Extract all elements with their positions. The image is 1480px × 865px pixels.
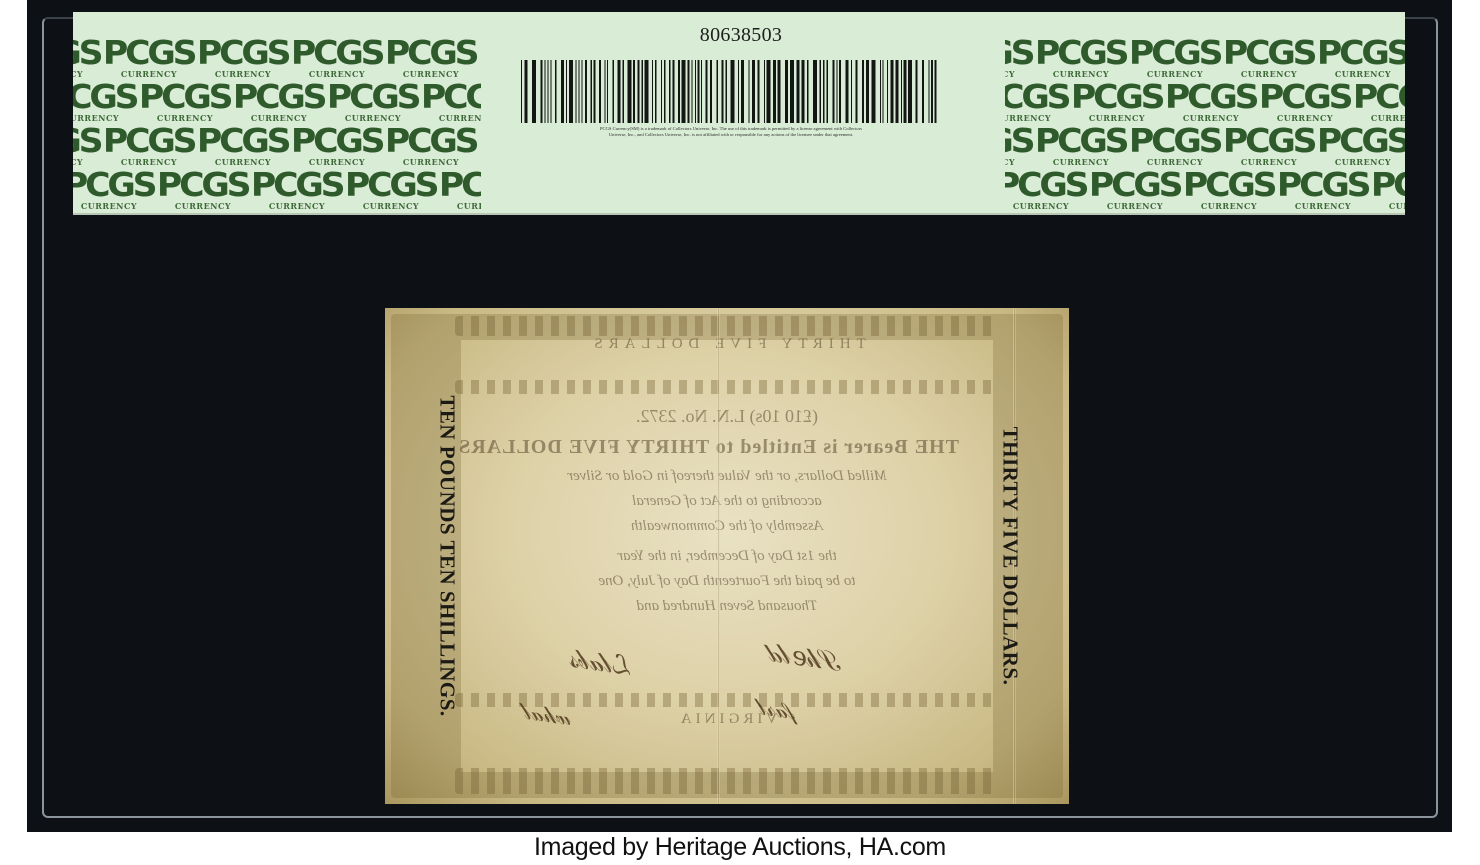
showthrough-text: THIRTY FIVE DOLLARS [495, 336, 959, 353]
pcgs-logo-icon: PCGSCURRENCY [1377, 168, 1405, 211]
logo-row: PCGSCURRENCYPCGSCURRENCYPCGSCURRENCYPCGS… [1005, 80, 1405, 123]
pcgs-logo-icon: PCGSCURRENCY [1171, 80, 1251, 123]
showthrough-text: Milled Dollars, or the Value thereof in … [495, 468, 959, 485]
logo-row: PCGSCURRENCYPCGSCURRENCYPCGSCURRENCYPCGS… [1005, 124, 1405, 167]
pcgs-logo-icon: PCGSCURRENCY [163, 168, 243, 211]
pcgs-logo-icon: PCGSCURRENCY [73, 36, 95, 79]
pcgs-logo-icon: PCGSCURRENCY [351, 168, 431, 211]
certification-number: 80638503 [521, 24, 961, 47]
trademark-fine-print: PCGS Currency(SM) is a trademark of Coll… [521, 126, 941, 138]
pcgs-logo-icon: PCGSCURRENCY [1229, 124, 1309, 167]
fine-print-line: Universe, Inc., and Collectors Universe,… [521, 132, 941, 138]
showthrough-text: the 1st Day of December, in the Year [495, 548, 959, 565]
logo-row: PCGSCURRENCYPCGSCURRENCYPCGSCURRENCYPCGS… [73, 36, 481, 79]
pcgs-logo-icon: PCGSCURRENCY [109, 124, 189, 167]
pcgs-logo-icon: PCGSCURRENCY [333, 80, 413, 123]
pcgs-logo-icon: PCGSCURRENCY [73, 168, 149, 211]
barcode-icon [521, 60, 937, 123]
pcgs-logo-icon: PCGSCURRENCY [203, 36, 283, 79]
pcgs-logo-icon: PCGSCURRENCY [109, 36, 189, 79]
pcgs-logo-icon: PCGSCURRENCY [145, 80, 225, 123]
denomination-dollars-vertical: THIRTY FIVE DOLLARS. [998, 427, 1023, 686]
pcgs-logo-icon: PCGSCURRENCY [391, 124, 471, 167]
pcgs-logo-icon: PCGSCURRENCY [1005, 124, 1027, 167]
pcgs-logo-icon: PCGSCURRENCY [257, 168, 337, 211]
showthrough-text: Thousand Seven Hundred and [495, 598, 959, 615]
pcgs-logo-icon: PCGSCURRENCY [1005, 36, 1027, 79]
pcgs-logo-icon: PCGSCURRENCY [1135, 124, 1215, 167]
logo-row: PCGSCURRENCYPCGSCURRENCYPCGSCURRENCYPCGS… [73, 80, 481, 123]
label-center: 80638503 PCGS Currency(SM) is a trademar… [521, 12, 961, 213]
ornament-band [455, 768, 999, 794]
pcgs-logo-icon: PCGSCURRENCY [1005, 168, 1081, 211]
ornament-band [455, 380, 999, 394]
showthrough-text: according to the Act of General [495, 493, 959, 510]
pcgs-logo-icon: PCGSCURRENCY [1077, 80, 1157, 123]
showthrough-text: THE Bearer is Entitled to THIRTY FIVE DO… [495, 436, 959, 459]
pcgs-logo-icon: PCGSCURRENCY [391, 36, 471, 79]
pcgs-logo-icon: PCGSCURRENCY [445, 168, 481, 211]
logo-row: PCGSCURRENCYPCGSCURRENCYPCGSCURRENCYPCGS… [1005, 168, 1405, 211]
pcgs-logo-icon: PCGSCURRENCY [1135, 36, 1215, 79]
pcgs-logo-icon: PCGSCURRENCY [203, 124, 283, 167]
pcgs-logo-icon: PCGSCURRENCY [73, 124, 95, 167]
pcgs-logo-icon: PCGSCURRENCY [297, 124, 377, 167]
logo-row: PCGSCURRENCYPCGSCURRENCYPCGSCURRENCYPCGS… [73, 168, 481, 211]
pcgs-logo-icon: PCGSCURRENCY [1005, 80, 1063, 123]
image-credit: Imaged by Heritage Auctions, HA.com [0, 833, 1480, 862]
signature: 𝒻𝒶𝓇𝓁 [758, 695, 799, 725]
pcgs-logo-icon: PCGSCURRENCY [427, 80, 481, 123]
banknote: THIRTY FIVE DOLLARS (£10 10s) L.N. No. 2… [385, 308, 1069, 804]
pcgs-logo-icon: PCGSCURRENCY [1323, 124, 1403, 167]
pcgs-logo-icon: PCGSCURRENCY [1359, 80, 1405, 123]
grading-label: PCGSCURRENCYPCGSCURRENCYPCGSCURRENCYPCGS… [73, 12, 1405, 213]
ornament-band [455, 316, 999, 336]
pcgs-logo-icon: PCGSCURRENCY [1265, 80, 1345, 123]
logo-pattern-right: PCGSCURRENCYPCGSCURRENCYPCGSCURRENCYPCGS… [1005, 12, 1405, 213]
showthrough-text: Assembly of the Commonwealth [495, 518, 959, 535]
pcgs-logo-icon: PCGSCURRENCY [1041, 36, 1121, 79]
pcgs-logo-icon: PCGSCURRENCY [1229, 36, 1309, 79]
pcgs-logo-icon: PCGSCURRENCY [1323, 36, 1403, 79]
pcgs-logo-icon: PCGSCURRENCY [1189, 168, 1269, 211]
pcgs-logo-icon: PCGSCURRENCY [73, 80, 131, 123]
pcgs-logo-icon: PCGSCURRENCY [239, 80, 319, 123]
denomination-pounds-vertical: TEN POUNDS TEN SHILLINGS. [435, 395, 460, 716]
pcgs-logo-icon: PCGSCURRENCY [1041, 124, 1121, 167]
pcgs-logo-icon: PCGSCURRENCY [1283, 168, 1363, 211]
logo-row: PCGSCURRENCYPCGSCURRENCYPCGSCURRENCYPCGS… [1005, 36, 1405, 79]
showthrough-text: (£10 10s) L.N. No. 2372. [495, 406, 959, 427]
logo-pattern-left: PCGSCURRENCYPCGSCURRENCYPCGSCURRENCYPCGS… [73, 12, 481, 213]
pcgs-logo-icon: PCGSCURRENCY [1095, 168, 1175, 211]
fold-line [717, 308, 720, 804]
pcgs-logo-icon: PCGSCURRENCY [297, 36, 377, 79]
logo-row: PCGSCURRENCYPCGSCURRENCYPCGSCURRENCYPCGS… [73, 124, 481, 167]
showthrough-text: to be paid the Fourteenth Day of July, O… [495, 573, 959, 590]
